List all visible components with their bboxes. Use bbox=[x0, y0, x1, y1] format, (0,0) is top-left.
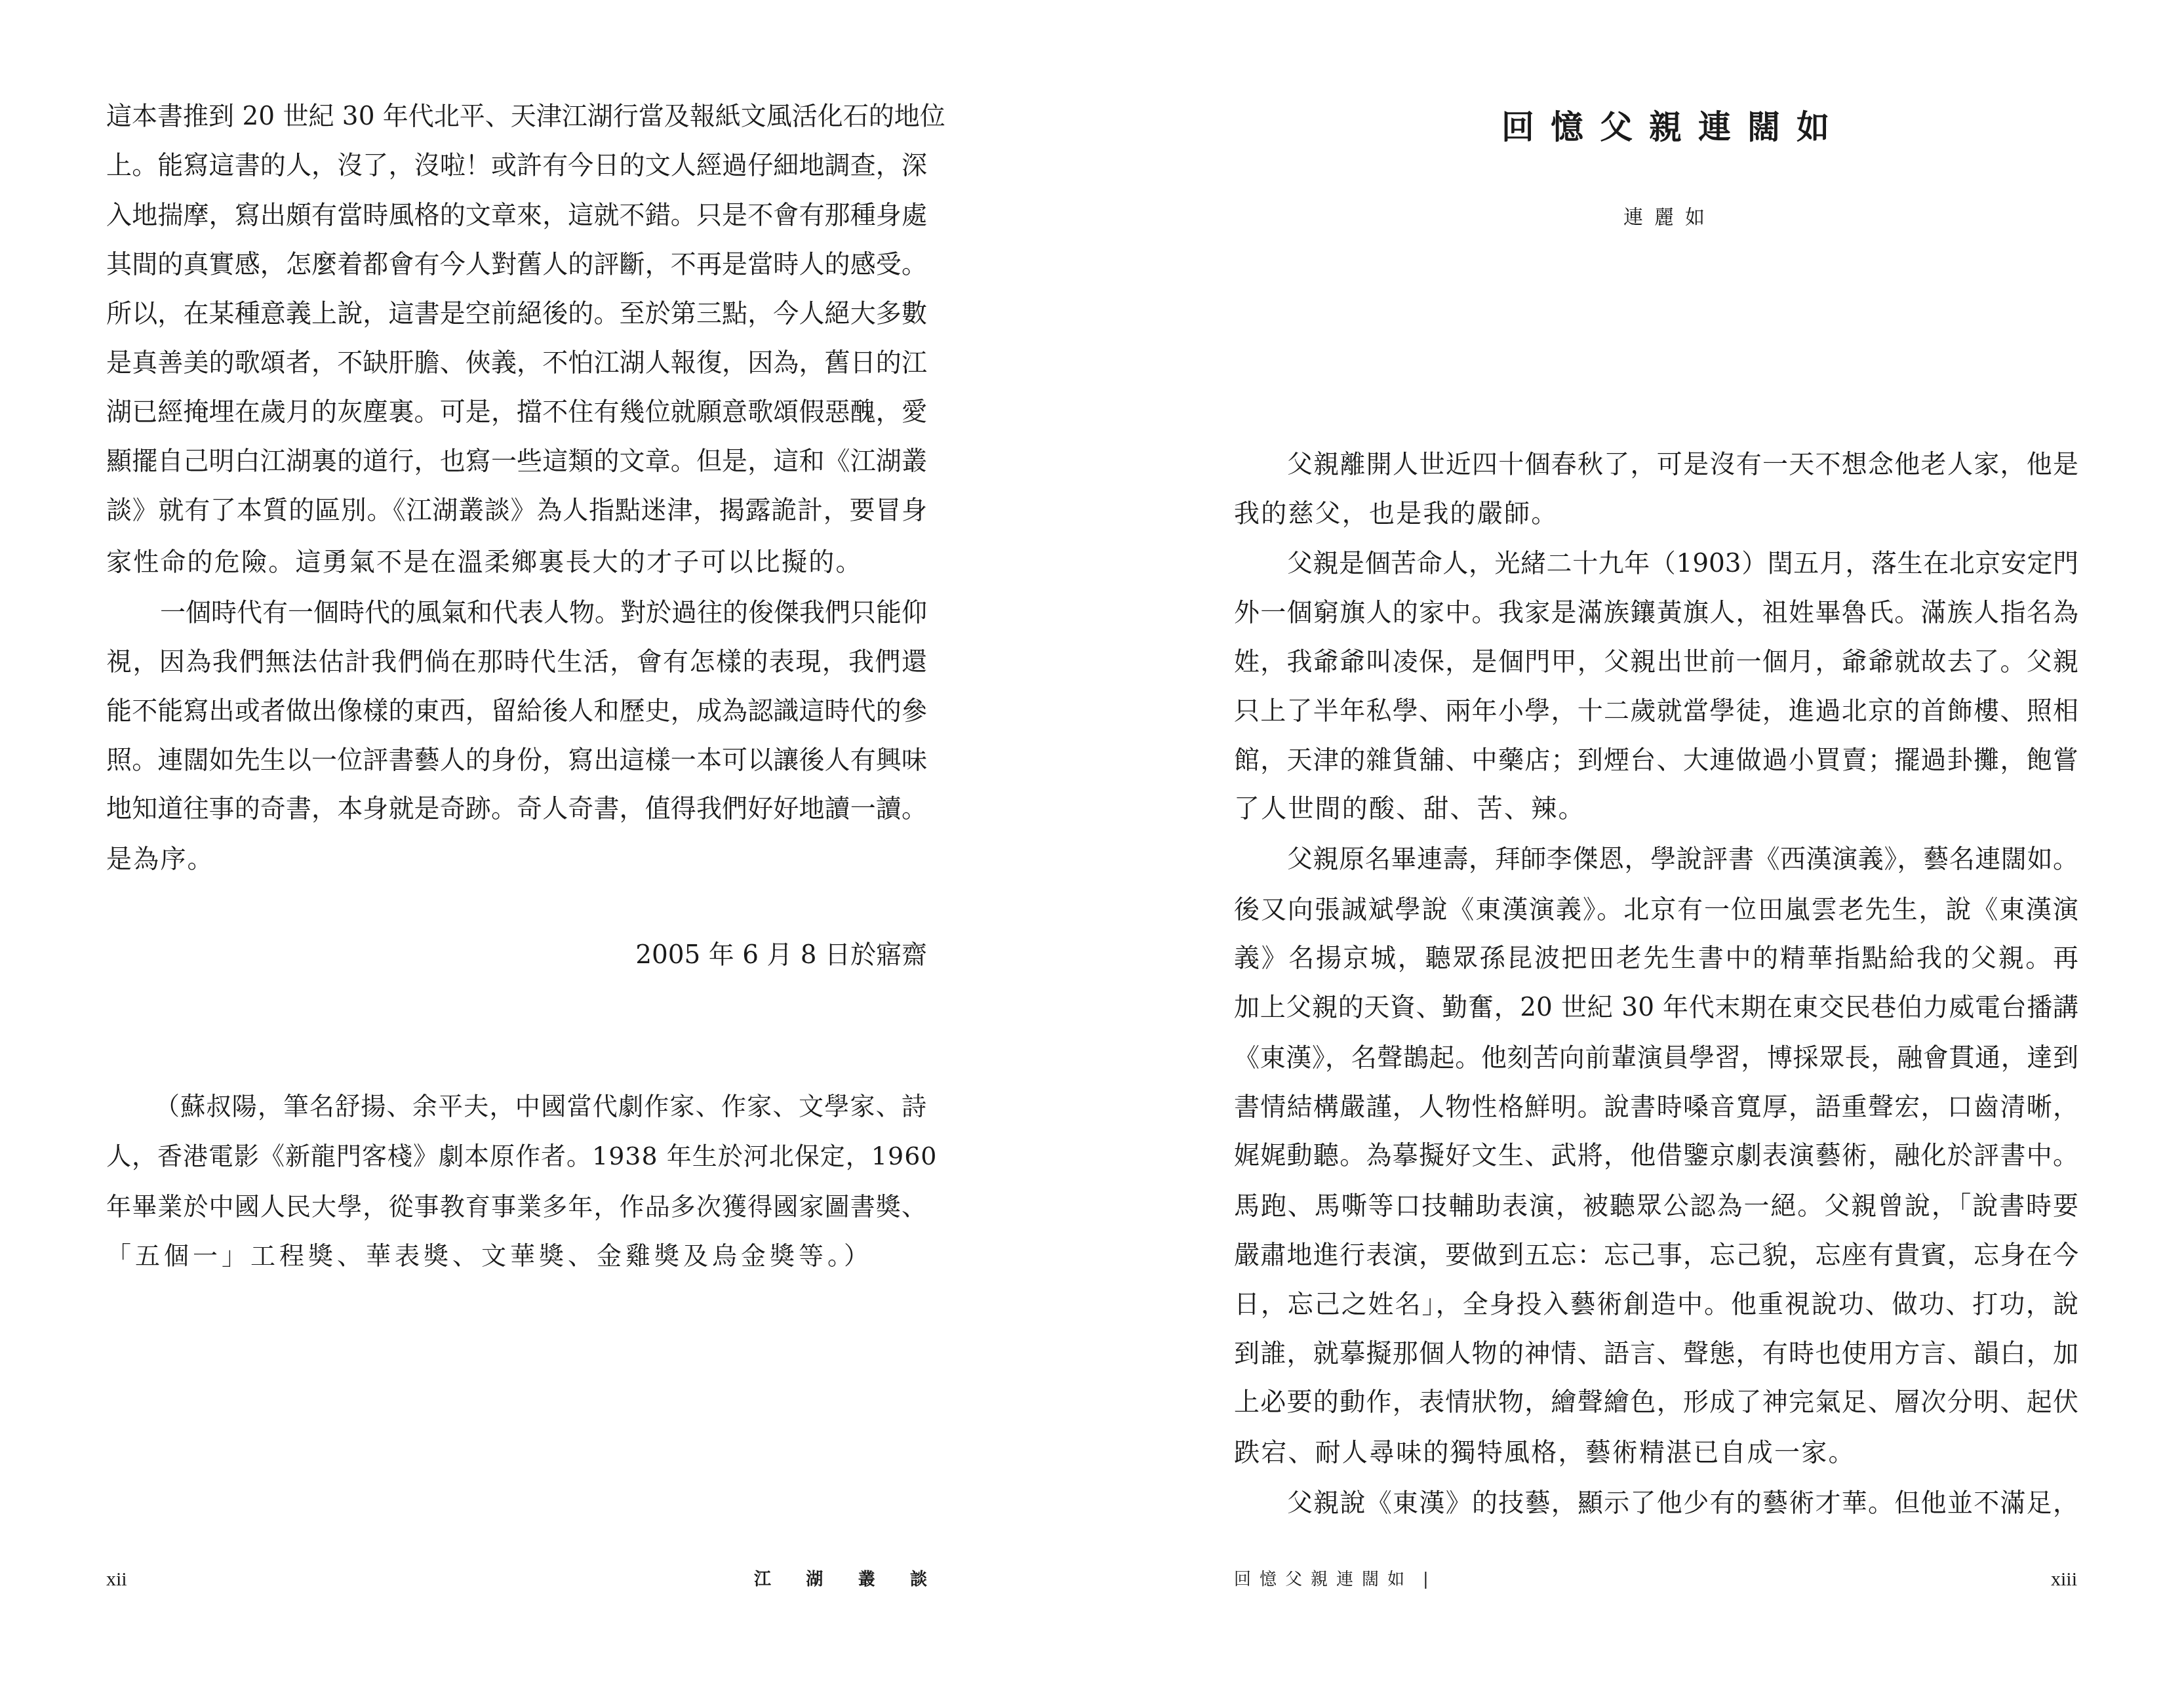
body-line: 跌宕、耐人尋味的獨特風格，藝術精湛已自成一家。 bbox=[1234, 1437, 1890, 1469]
note-line: 「五個一」工程獎、華表獎、文華獎、金雞獎及烏金獎等。） bbox=[106, 1240, 827, 1271]
body-line: 日，忘己之姓名」，全身投入藝術創造中。他重視說功、做功、打功，說 bbox=[1234, 1289, 2078, 1321]
running-head: 回憶父親連闊如 bbox=[1234, 1568, 1404, 1591]
body-line: 視，因為我們無法估計我們倘在那時代生活，會有怎樣的表現，我們還 bbox=[106, 647, 927, 678]
body-line: 義》名揚京城，聽眾孫昆波把田老先生書中的精華指點給我的父親。再 bbox=[1234, 943, 2078, 974]
chapter-author: 連麗如 bbox=[1623, 205, 1705, 231]
running-head: 江湖叢談 bbox=[754, 1568, 927, 1591]
body-line-indent: 一個時代有一個時代的風氣和代表人物。對於過往的俊傑我們只能仰 bbox=[160, 597, 927, 629]
left-page: 這本書推到 20 世紀 30 年代北平、天津江湖行當及報紙文風活化石的地位 上。… bbox=[0, 0, 1049, 1691]
body-line-indent: 父親說《東漢》的技藝，顯示了他少有的藝術才華。但他並不滿足， bbox=[1287, 1488, 2078, 1519]
body-line: 地知道往事的奇書，本身就是奇跡。奇人奇書，值得我們好好地讀一讀。 bbox=[106, 793, 927, 825]
body-line-indent: 父親離開人世近四十個春秋了，可是沒有一天不想念他老人家，他是 bbox=[1287, 449, 2078, 481]
running-head-separator: | bbox=[1423, 1568, 1436, 1591]
body-line: 是為序。 bbox=[106, 844, 368, 875]
body-line-indent: 父親是個苦命人，光緒二十九年（1903）閏五月，落生在北京安定門 bbox=[1287, 548, 2078, 580]
body-line: 了人世間的酸、甜、苦、辣。 bbox=[1234, 793, 1693, 825]
body-line: 到誰，就摹擬那個人物的神情、語言、聲態，有時也使用方言、韻白，加 bbox=[1234, 1338, 2078, 1370]
body-line: 馬跑、馬嘶等口技輔助表演，被聽眾公認為一絕。父親曾說，「說書時要 bbox=[1234, 1191, 2078, 1222]
body-line: 上必要的動作，表情狀物，繪聲繪色，形成了神完氣足、層次分明、起伏 bbox=[1234, 1387, 2078, 1418]
body-line: 家性命的危險。這勇氣不是在溫柔鄉裏長大的才子可以比擬的。 bbox=[106, 547, 927, 578]
body-line: 館，天津的雜貨舖、中藥店；到煙台、大連做過小買賣；擺過卦攤，飽嘗 bbox=[1234, 745, 2078, 776]
note-line: 年畢業於中國人民大學，從事教育事業多年，作品多次獲得國家圖書獎、 bbox=[106, 1191, 927, 1222]
body-line: 書情結構嚴謹，人物性格鮮明。說書時嗓音寬厚，語重聲宏，口齒清晰， bbox=[1234, 1092, 2078, 1123]
body-line: 所以，在某種意義上說，這書是空前絕後的。至於第三點，今人絕大多數 bbox=[106, 298, 927, 330]
signature-date: 2005 年 6 月 8 日於寤齋 bbox=[525, 940, 927, 971]
note-line: 人，香港電影《新龍門客棧》劇本原作者。1938 年生於河北保定，1960 bbox=[106, 1140, 927, 1172]
body-line: 後又向張誠斌學說《東漢演義》。北京有一位田嵐雲老先生，說《東漢演 bbox=[1234, 894, 2078, 926]
body-line: 入地揣摩，寫出頗有當時風格的文章來，這就不錯。只是不會有那種身處 bbox=[106, 200, 927, 231]
body-line: 湖已經掩埋在歲月的灰塵裏。可是，擋不住有幾位就願意歌頌假惡醜，愛 bbox=[106, 397, 927, 428]
body-line: 上。能寫這書的人，沒了，沒啦！或許有今日的文人經過仔細地調查，深 bbox=[106, 150, 927, 182]
body-line: 外一個窮旗人的家中。我家是滿族鑲黃旗人，祖姓畢魯氏。滿族人指名為 bbox=[1234, 597, 2078, 629]
body-line: 談》就有了本質的區別。《江湖叢談》為人指點迷津，揭露詭計，要冒身 bbox=[106, 495, 927, 527]
body-line-indent: 父親原名畢連壽，拜師李傑恩，學說評書《西漢演義》，藝名連闊如。 bbox=[1287, 844, 2078, 875]
body-line: 顯擺自己明白江湖裏的道行，也寫一些這類的文章。但是，這和《江湖叢 bbox=[106, 446, 927, 477]
body-line: 能不能寫出或者做出像樣的東西，留給後人和歷史，成為認識這時代的參 bbox=[106, 696, 927, 727]
body-line: 其間的真實感，怎麼着都會有今人對舊人的評斷，不再是當時人的感受。 bbox=[106, 249, 927, 281]
body-line: 嚴肅地進行表演，要做到五忘：忘己事，忘己貌，忘座有貴賓，忘身在今 bbox=[1234, 1240, 2078, 1271]
body-line: 我的慈父，也是我的嚴師。 bbox=[1234, 498, 1693, 530]
body-line: 娓娓動聽。為摹擬好文生、武將，他借鑒京劇表演藝術，融化於評書中。 bbox=[1234, 1140, 2078, 1172]
page-number: xiii bbox=[2000, 1568, 2077, 1591]
body-line: 只上了半年私學、兩年小學，十二歲就當學徒，進過北京的首飾樓、照相 bbox=[1234, 696, 2078, 727]
note-line: （蘇叔陽，筆名舒揚、余平夫，中國當代劇作家、作家、文學家、詩 bbox=[155, 1090, 927, 1122]
chapter-title: 回憶父親連闊如 bbox=[1501, 108, 1829, 147]
body-line: 照。連闊如先生以一位評書藝人的身份，寫出這樣一本可以讓後人有興味 bbox=[106, 745, 927, 776]
body-line: 加上父親的天資、勤奮，20 世紀 30 年代末期在東交民巷伯力威電台播講 bbox=[1234, 992, 2078, 1024]
page-number: xii bbox=[106, 1568, 185, 1591]
body-line: 《東漢》，名聲鵲起。他刻苦向前輩演員學習，博採眾長，融會貫通，達到 bbox=[1234, 1043, 2078, 1074]
body-line: 這本書推到 20 世紀 30 年代北平、天津江湖行當及報紙文風活化石的地位 bbox=[106, 101, 927, 132]
body-line: 姓，我爺爺叫凌保，是個門甲，父親出世前一個月，爺爺就故去了。父親 bbox=[1234, 647, 2078, 678]
body-line: 是真善美的歌頌者，不缺肝膽、俠義，不怕江湖人報復，因為，舊日的江 bbox=[106, 348, 927, 379]
